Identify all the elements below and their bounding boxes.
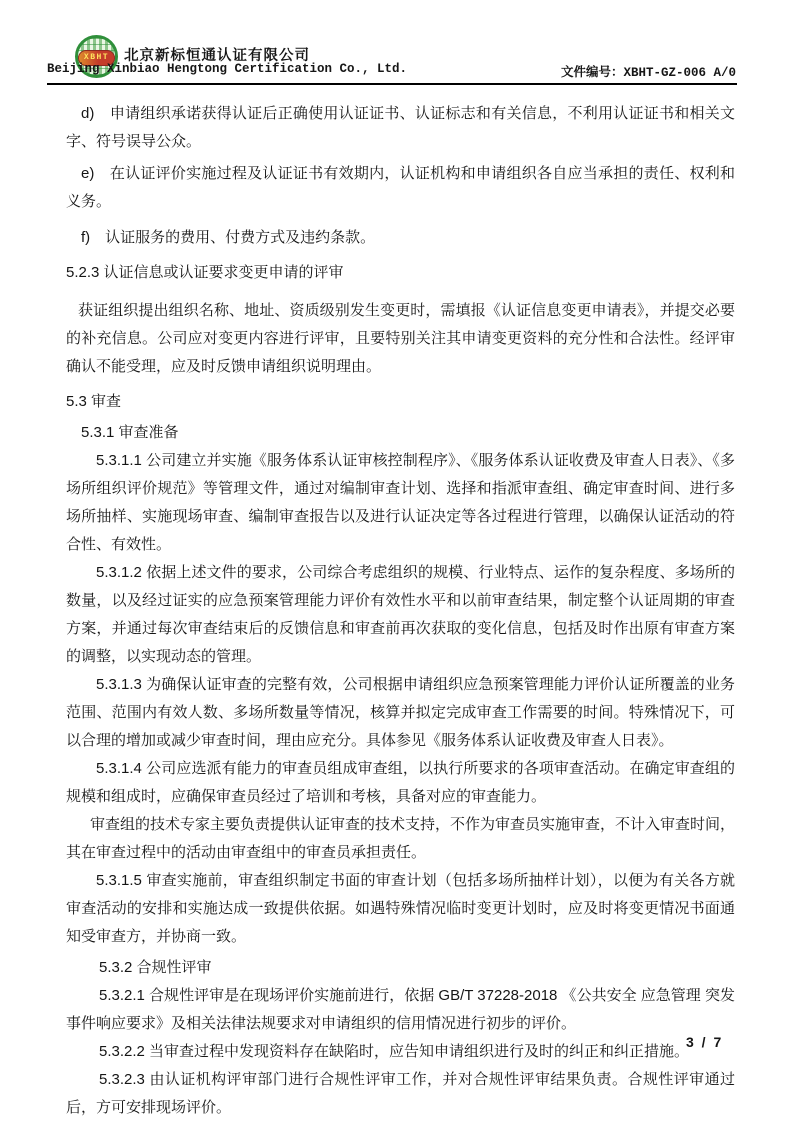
document-page: XBHT 北京新标恒通认证有限公司 Beijing Xinbiao Hengto… xyxy=(0,0,793,1122)
paragraph-5.3.2: 5.3.2 合规性评审 xyxy=(66,954,735,982)
paragraph-5.3.1.1: 5.3.1.1 公司建立并实施《服务体系认证审核控制程序》、《服务体系认证收费及… xyxy=(66,447,735,559)
paragraph-5.3.1.4: 5.3.1.4 公司应选派有能力的审查员组成审查组，以执行所要求的各项审查活动。… xyxy=(66,755,735,811)
paragraph-item-f: f) 认证服务的费用、付费方式及违约条款。 xyxy=(66,224,735,252)
doc-number: 文件编号：XBHT-GZ-006 A/0 xyxy=(561,62,736,80)
paragraph-5.3.2.2: 5.3.2.2 当审查过程中发现资料存在缺陷时，应告知申请组织进行及时的纠正和纠… xyxy=(66,1038,735,1066)
page-number: 3 / 7 xyxy=(686,1034,723,1050)
paragraph-5.3: 5.3 审查 xyxy=(66,388,735,416)
paragraph-5.3.1: 5.3.1 审查准备 xyxy=(66,419,735,447)
logo-text: XBHT xyxy=(84,53,109,62)
paragraph-5.2.3: 5.2.3 认证信息或认证要求变更申请的评审 xyxy=(66,259,735,287)
paragraph-item-e: e) 在认证评价实施过程及认证证书有效期内，认证机构和申请组织各自应当承担的责任… xyxy=(66,160,735,216)
paragraph-5.3.2.1: 5.3.2.1 合规性评审是在现场评价实施前进行，依据 GB/T 37228-2… xyxy=(66,982,735,1038)
paragraph-5.3.1.2: 5.3.1.2 依据上述文件的要求，公司综合考虑组织的规模、行业特点、运作的复杂… xyxy=(66,559,735,671)
paragraph-item-d: d) 申请组织承诺获得认证后正确使用认证证书、认证标志和有关信息，不利用认证证书… xyxy=(66,100,735,156)
document-body: d) 申请组织承诺获得认证后正确使用认证证书、认证标志和有关信息，不利用认证证书… xyxy=(66,85,735,1122)
company-name-en: Beijing Xinbiao Hengtong Certification C… xyxy=(47,62,407,76)
page-header: XBHT 北京新标恒通认证有限公司 Beijing Xinbiao Hengto… xyxy=(0,0,793,85)
paragraph-5.3.1.4-note: 审查组的技术专家主要负责提供认证审查的技术支持，不作为审查员实施审查，不计入审查… xyxy=(66,811,735,867)
paragraph-5.3.2.3: 5.3.2.3 由认证机构评审部门进行合规性评审工作，并对合规性评审结果负责。合… xyxy=(66,1066,735,1122)
paragraph-5.3.1.3: 5.3.1.3 为确保认证审查的完整有效，公司根据申请组织应急预案管理能力评价认… xyxy=(66,671,735,755)
paragraph-5.2.3-body: 获证组织提出组织名称、地址、资质级别发生变更时，需填报《认证信息变更申请表》，并… xyxy=(66,297,735,381)
paragraph-5.3.1.5: 5.3.1.5 审查实施前，审查组织制定书面的审查计划（包括多场所抽样计划），以… xyxy=(66,867,735,951)
